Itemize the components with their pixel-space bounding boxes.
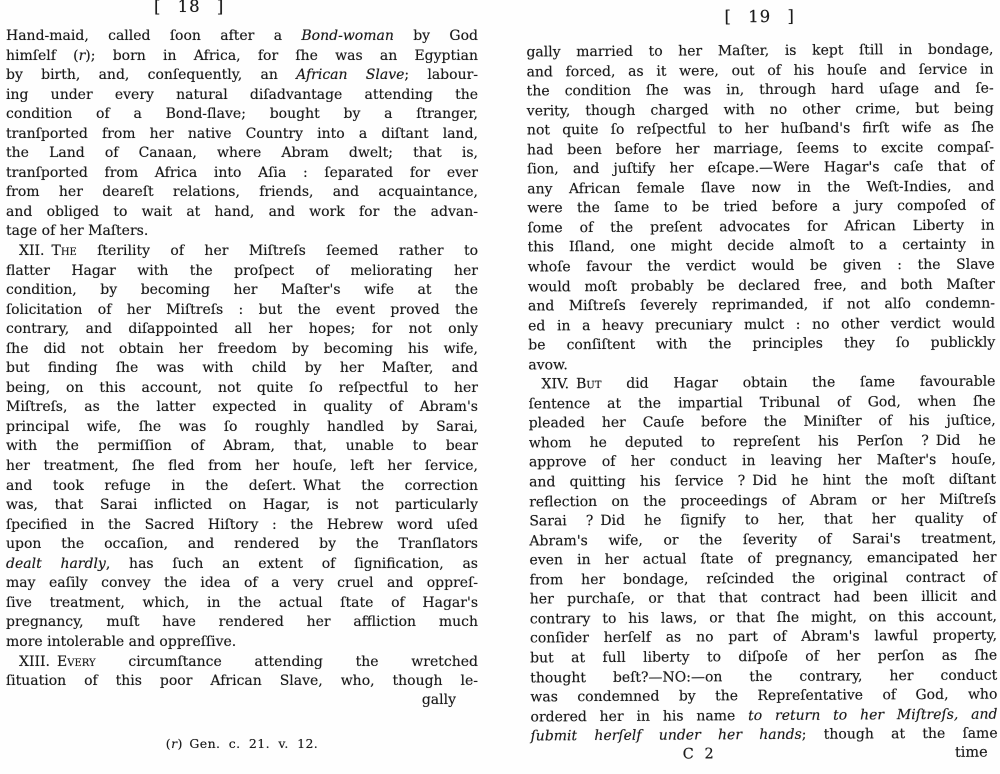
text-line: more intolerable and oppreſſive. xyxy=(6,633,478,653)
text-line: but finding ſhe was with child by her Ma… xyxy=(6,359,478,379)
text-line: not quite ſo reſpectful to her huſband's… xyxy=(527,119,994,141)
text-line: XIV. But did Hagar obtain the ſame favou… xyxy=(528,373,995,395)
text-line: principal wife, ſhe was ſo roughly handl… xyxy=(6,418,478,438)
text-line: whoſe favour the verdict would be given … xyxy=(528,256,995,278)
text-line: and Miſtreſs ſeverely reprimanded, if no… xyxy=(528,295,995,317)
text-line: tage of her Maſters. xyxy=(6,222,478,242)
text-line: Hand-maid, called ſoon after a Bond-woma… xyxy=(6,27,478,47)
signature-mark: C 2 xyxy=(683,746,717,762)
page-number-18: [ 18 ] xyxy=(154,0,224,16)
page-19-body: gally married to her Maſter, is kept ſti… xyxy=(526,41,997,748)
text-line: her purchaſe, or that that contract had … xyxy=(530,588,997,610)
text-line: her treatment, ſhe fled from her houſe, … xyxy=(6,457,478,477)
text-line: ſhe did not obtain her freedom by becomi… xyxy=(6,340,478,360)
text-line: himſelf (r); born in Africa, for ſhe was… xyxy=(6,47,478,67)
text-line: may eaſily convey the idea of a very cru… xyxy=(6,574,478,594)
text-line: being, on this account, not quite ſo reſ… xyxy=(6,379,478,399)
text-line: ſolicitation of her Miſtreſs : but the e… xyxy=(6,301,478,321)
text-line: ſive treatment, which, in the actual ſta… xyxy=(6,594,478,614)
footnote: (r) Gen. c. 21. v. 12. xyxy=(6,736,478,751)
text-line: ſpecified in the Sacred Hiſtory : the He… xyxy=(6,516,478,536)
text-line: ſituation of this poor African Slave, wh… xyxy=(6,672,478,692)
text-line: Miſtreſs, as the latter expected in qual… xyxy=(6,398,478,418)
text-line: Sarai ? Did he ſignify to her, that her … xyxy=(529,510,996,532)
text-line: with the permiſſion of Abram, that, unab… xyxy=(6,437,478,457)
text-line: contrary, and diſappointed all her hopes… xyxy=(6,320,478,340)
text-line: ſion, and juſtify her eſcape.—Were Hagar… xyxy=(527,158,994,180)
signature-row: C 2 time xyxy=(531,745,998,770)
text-line: upon the occaſion, and rendered by the T… xyxy=(6,535,478,555)
text-line: flatter Hagar with the proſpect of melio… xyxy=(6,262,478,282)
text-line: dealt hardly, has ſuch an extent of ſign… xyxy=(6,555,478,575)
book-spread: [ 18 ] Hand-maid, called ſoon after a Bo… xyxy=(0,0,1000,774)
text-line: was, that Sarai inflicted on Hagar, is n… xyxy=(6,496,478,516)
text-line: be conſiſtent with the principles they ſ… xyxy=(528,334,995,356)
text-line: the Land of Canaan, where Abram dwelt; t… xyxy=(6,144,478,164)
catchword-time: time xyxy=(955,745,988,761)
text-line: but at full liberty to diſpoſe of her pe… xyxy=(530,647,997,669)
text-line: pregnancy, muſt have rendered her afflic… xyxy=(6,613,478,633)
text-line: the condition ſhe was in, through hard u… xyxy=(527,80,994,102)
text-line: and took refuge in the deſert. What the … xyxy=(6,477,478,497)
text-line: condition of a Bond-ſlave; bought by a ſ… xyxy=(6,105,478,125)
page-18: [ 18 ] Hand-maid, called ſoon after a Bo… xyxy=(6,0,478,774)
text-line: ing under every natural diſadvantage att… xyxy=(6,86,478,106)
text-line: gally married to her Maſter, is kept ſti… xyxy=(526,41,993,63)
text-line: condition, by becoming her Maſter's wife… xyxy=(6,281,478,301)
text-line: from her deareſt relations, friends, and… xyxy=(6,183,478,203)
page-19: [ 19 ] gally married to her Maſter, is k… xyxy=(526,0,998,774)
catchword-gally: gally xyxy=(6,691,478,711)
text-line: was condemned by the Repreſentative of G… xyxy=(530,686,997,708)
text-line: tranſported from her native Country into… xyxy=(6,125,478,145)
text-line: and obliged to wait at hand, and work fo… xyxy=(6,203,478,223)
text-line: tranſported from Africa into Aſia : ſepa… xyxy=(6,164,478,184)
text-line: even in her actual ſtate of pregnancy, e… xyxy=(529,549,996,571)
page-18-body: Hand-maid, called ſoon after a Bond-woma… xyxy=(6,27,478,692)
text-line: ſubmit herſelf under her hands; though a… xyxy=(531,725,998,747)
page-number-19: [ 19 ] xyxy=(526,6,993,28)
text-line: XIII. Every circumſtance attending the w… xyxy=(6,653,478,673)
text-line: and quitting his ſervice ? Did he hint t… xyxy=(529,471,996,493)
text-line: by birth, and, conſequently, an African … xyxy=(6,66,478,86)
text-line: XII. The ſterility of her Miſtreſs ſeeme… xyxy=(6,242,478,262)
